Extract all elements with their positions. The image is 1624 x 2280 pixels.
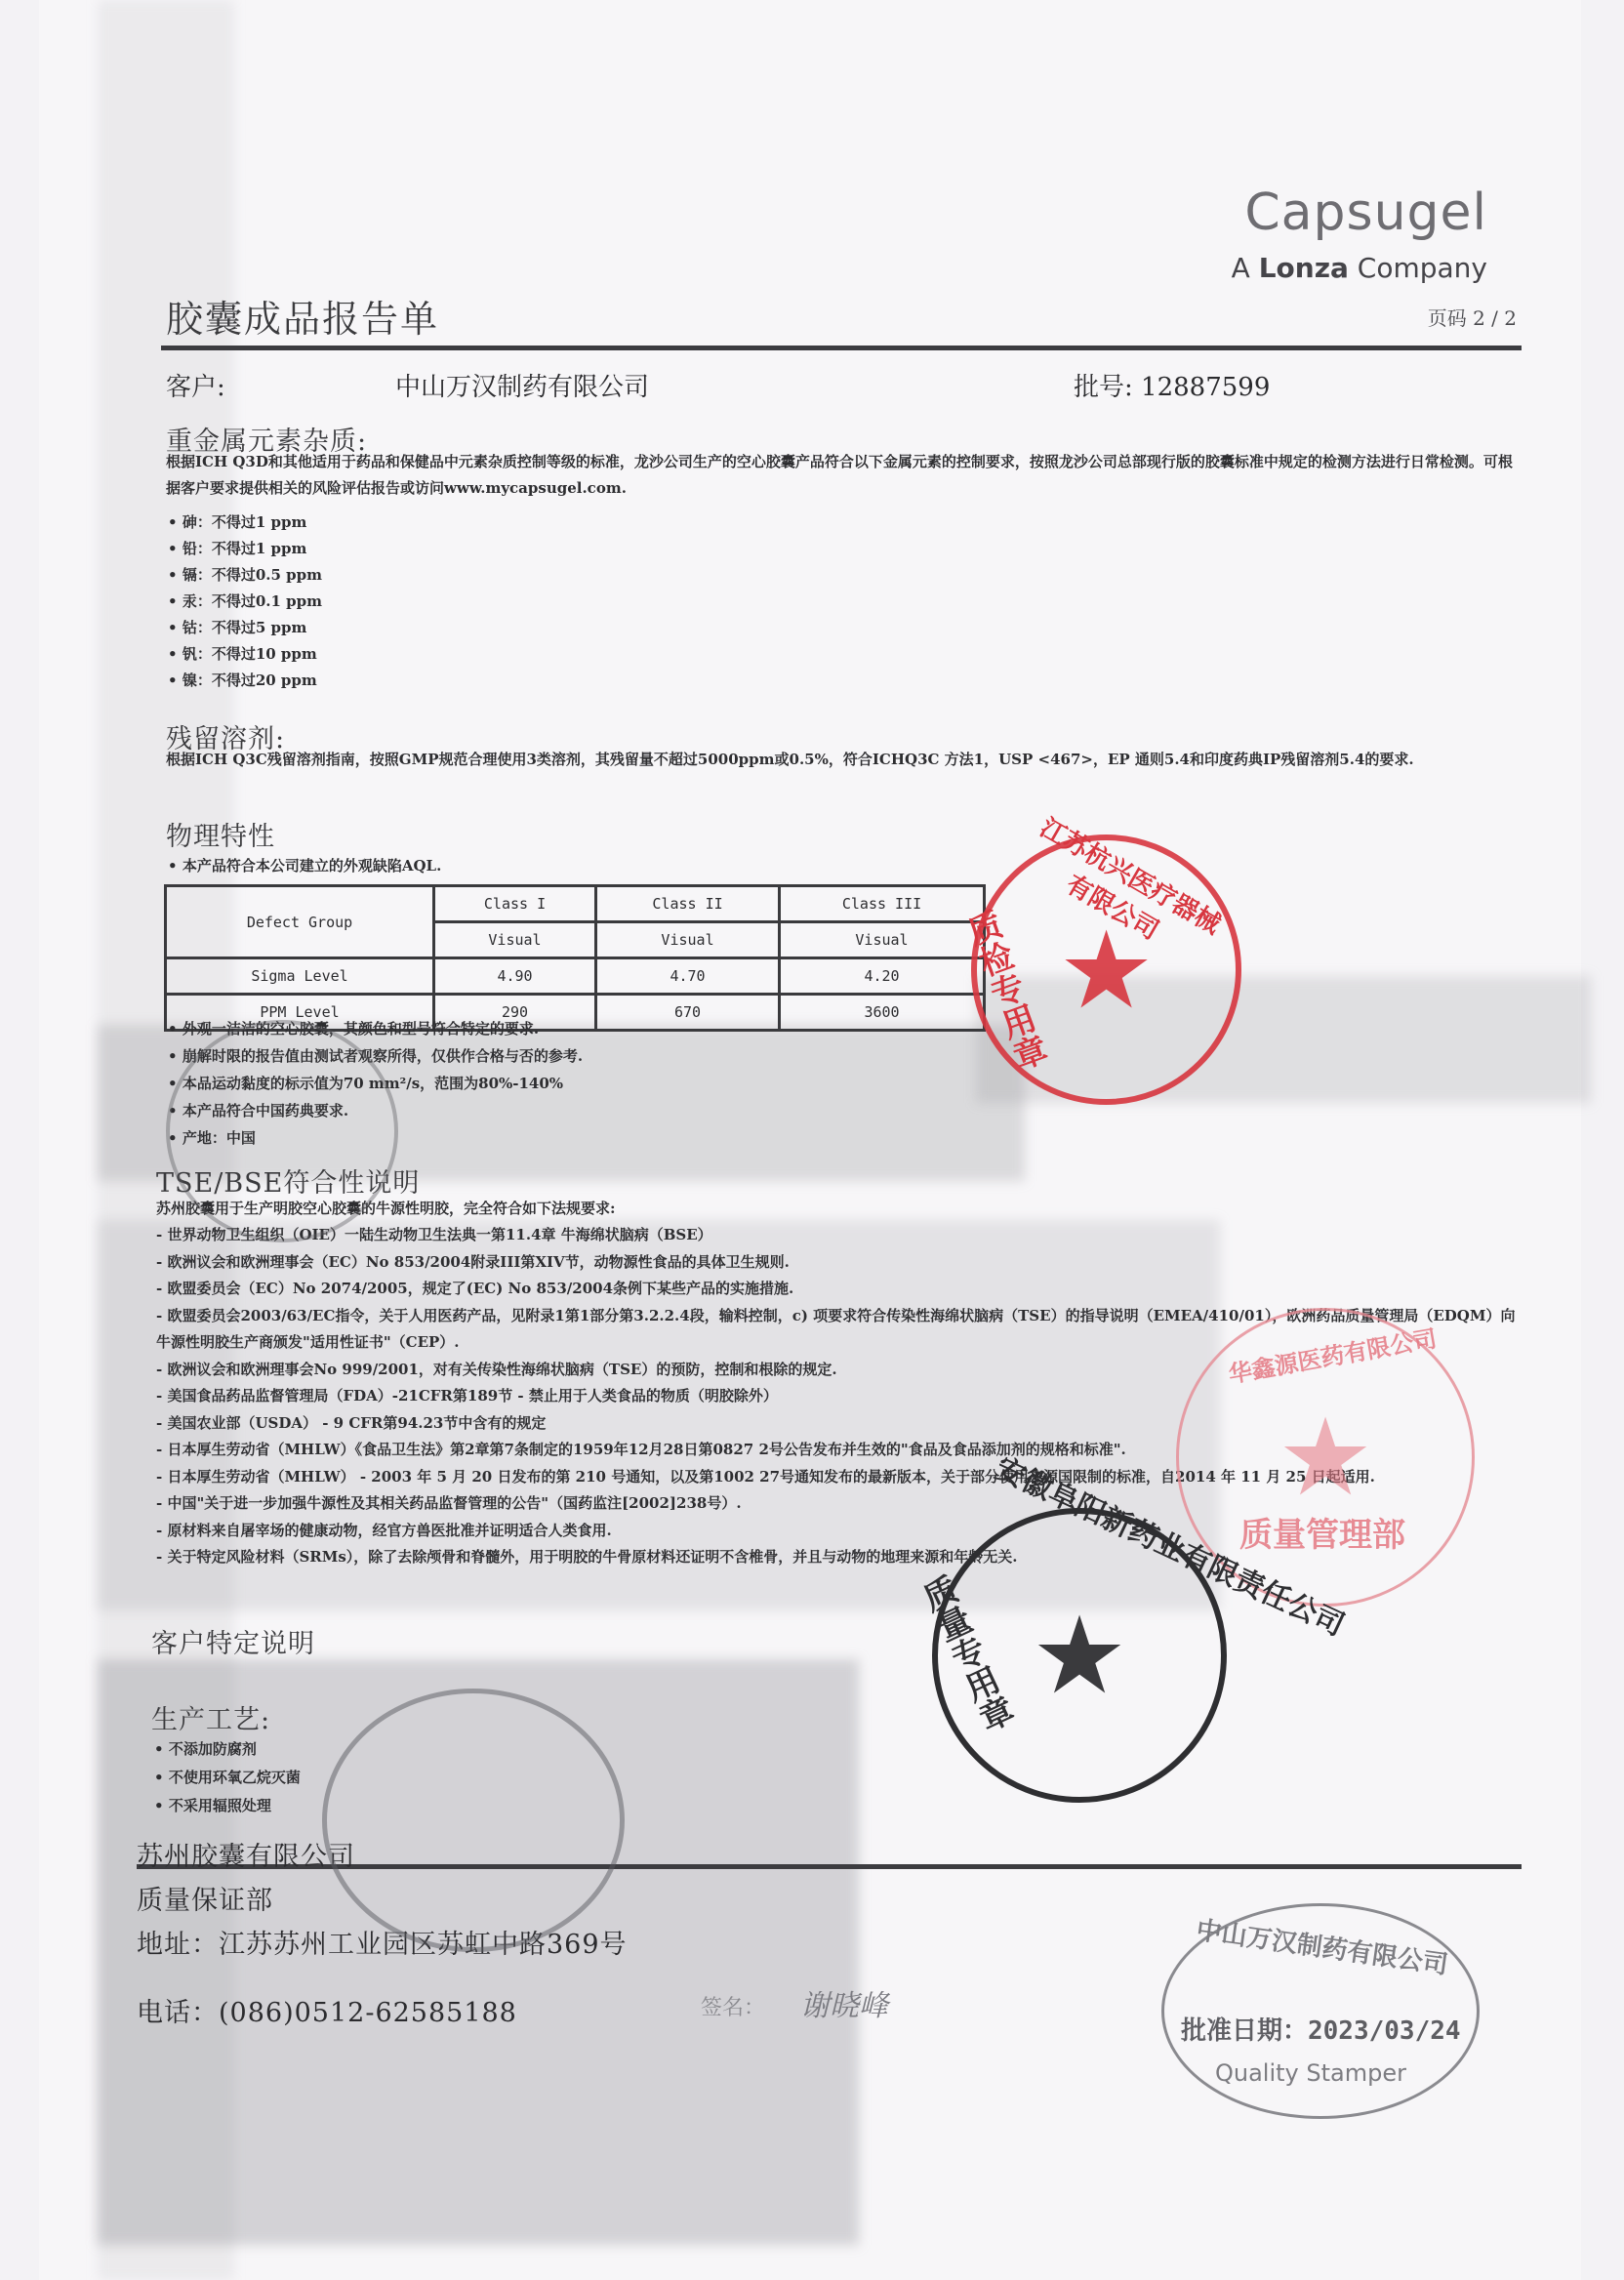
stamp-text: 质量管理部 (1239, 1508, 1405, 1556)
residual-solvents-paragraph: 根据ICH Q3C残留溶剂指南，按照GMP规范合理使用3类溶剂，其残留量不超过5… (166, 747, 1522, 773)
header-divider (161, 346, 1522, 350)
table-corner: Defect Group (166, 886, 434, 958)
table-cell: 4.70 (596, 958, 780, 995)
footer-company: 苏州胶囊有限公司 (137, 1835, 355, 1873)
list-item: 镍：不得过20 ppm (168, 668, 322, 694)
star-icon: ★ (1032, 1602, 1128, 1709)
list-item: 世界动物卫生组织（OIE）一陆生动物卫生法典一第11.4章 牛海绵状脑病（BSE… (156, 1222, 1522, 1249)
list-item: 不采用辐照处理 (154, 1792, 301, 1820)
page-number: 页码 2 / 2 (1428, 303, 1517, 331)
stamp-text: Quality Stamper (1215, 2059, 1406, 2087)
signature: 谢晓峰 (800, 1981, 888, 2024)
physical-heading: 物理特性 (166, 815, 275, 853)
list-item: 镉：不得过0.5 ppm (168, 562, 322, 589)
brand-subtitle: A Lonza Company (1232, 252, 1487, 284)
list-item: 欧洲议会和欧洲理事会（EC）No 853/2004附录III第XIV节，动物源性… (156, 1249, 1522, 1277)
batch-number: 批号: 12887599 (1074, 367, 1270, 403)
list-item: 铅：不得过1 ppm (168, 536, 322, 562)
column-subheader: Visual (596, 922, 780, 958)
list-item: 不添加防腐剂 (154, 1735, 301, 1764)
table-cell: 4.90 (434, 958, 596, 995)
heavy-metals-list: 砷：不得过1 ppm 铅：不得过1 ppm 镉：不得过0.5 ppm 汞：不得过… (168, 509, 322, 694)
column-header: Class III (780, 886, 985, 922)
physical-intro: • 本产品符合本公司建立的外观缺陷AQL. (168, 853, 441, 879)
column-subheader: Visual (434, 922, 596, 958)
faint-stamp (322, 1689, 625, 1952)
heavy-metals-paragraph: 根据ICH Q3D和其他适用于药品和保健品中元素杂质控制等级的标准，龙沙公司生产… (166, 449, 1522, 502)
list-item: 欧盟委员会（EC）No 2074/2005，规定了(EC) No 853/200… (156, 1276, 1522, 1303)
table-cell: 4.20 (780, 958, 985, 995)
page-title: 胶囊成品报告单 (166, 289, 439, 343)
production-heading: 生产工艺: (151, 1698, 270, 1736)
customer-name: 中山万汉制药有限公司 (395, 367, 649, 403)
column-subheader: Visual (780, 922, 985, 958)
footer-phone: 电话：(086)0512-62585188 (137, 1991, 517, 2029)
star-icon: ★ (1278, 1404, 1374, 1511)
list-item: 砷：不得过1 ppm (168, 509, 322, 536)
column-header: Class I (434, 886, 596, 922)
list-item: 汞：不得过0.1 ppm (168, 589, 322, 615)
column-header: Class II (596, 886, 780, 922)
list-item: 不使用环氧乙烷灭菌 (154, 1764, 301, 1792)
aql-table: Defect Group Class I Class II Class III … (164, 884, 986, 1032)
list-item: 钒：不得过10 ppm (168, 641, 322, 668)
table-cell: 3600 (780, 995, 985, 1031)
table-cell: 670 (596, 995, 780, 1031)
table-row: Sigma Level 4.90 4.70 4.20 (166, 958, 985, 995)
brand-name: Capsugel (1232, 183, 1487, 242)
customer-specific-heading: 客户特定说明 (151, 1622, 315, 1660)
faint-stamp (166, 1020, 398, 1242)
capsugel-logo: Capsugel A Lonza Company (1232, 183, 1487, 284)
stamp-date: 批准日期：2023/03/24 (1181, 2011, 1461, 2047)
footer-department: 质量保证部 (137, 1879, 273, 1917)
list-item: 钴：不得过5 ppm (168, 615, 322, 641)
row-label: Sigma Level (166, 958, 434, 995)
customer-label: 客户: (166, 367, 225, 403)
production-list: 不添加防腐剂 不使用环氧乙烷灭菌 不采用辐照处理 (154, 1735, 301, 1820)
signature-label: 签名： (701, 1991, 765, 2021)
